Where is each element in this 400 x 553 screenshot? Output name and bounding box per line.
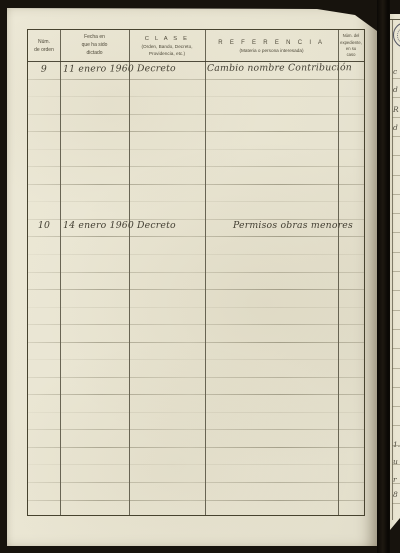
row-line: [28, 359, 364, 360]
column-divider: [205, 30, 206, 515]
row-line: [392, 310, 400, 311]
row-line: [392, 368, 400, 369]
entry-order-number: 9: [28, 64, 60, 75]
header-subtitle: (Orden, Bando, Decreto,: [141, 44, 192, 51]
row-line: [392, 194, 400, 195]
row-line: [28, 482, 364, 483]
row-line: [28, 464, 364, 465]
entry-date: 11 enero 1960: [63, 63, 134, 74]
row-line: [392, 387, 400, 388]
row-line: [28, 272, 364, 273]
row-line: [28, 166, 364, 167]
header-line: Núm.: [38, 38, 50, 46]
book-binding-gutter: [377, 0, 390, 553]
row-line: [392, 271, 400, 272]
row-line: [28, 324, 364, 325]
table-row: 9 11 enero 1960 Decreto Cambio nombre Co…: [28, 62, 364, 83]
row-line: [392, 213, 400, 214]
header-subtitle: Providencia, etc.): [149, 51, 185, 58]
handwriting-fragment: R: [393, 106, 399, 114]
header-line: Fecha en: [84, 34, 105, 42]
scanned-register-document: Núm. de orden Fecha en que ha sido dicta…: [0, 0, 400, 553]
register-page: Núm. de orden Fecha en que ha sido dicta…: [7, 8, 377, 546]
entry-reference: Permisos obras menores: [233, 220, 353, 231]
entry-reference: Cambio nombre Contribución: [207, 62, 352, 74]
column-header-expediente: Núm. del expediente, en su caso: [338, 30, 364, 61]
row-line: [28, 377, 364, 378]
row-line: [28, 254, 364, 255]
column-divider: [129, 30, 130, 515]
row-line: [28, 184, 364, 185]
row-line: [392, 348, 400, 349]
row-line: [392, 175, 400, 176]
row-line: [28, 96, 364, 97]
column-header-fecha: Fecha en que ha sido dictado: [60, 30, 129, 61]
row-line: [28, 201, 364, 202]
row-line: [392, 78, 400, 79]
handwriting-fragment: 8: [393, 491, 398, 499]
row-line: [392, 425, 400, 426]
row-line: [392, 252, 400, 253]
header-line: caso: [347, 52, 356, 58]
row-line: [28, 429, 364, 430]
handwriting-fragment: d: [393, 124, 398, 132]
column-header-clase: C L A S E (Orden, Bando, Decreto, Provid…: [129, 30, 205, 61]
row-line: [392, 136, 400, 137]
row-line: [392, 503, 400, 504]
header-title: C L A S E: [145, 35, 189, 45]
entry-date: 14 enero 1960: [63, 220, 134, 231]
register-table: Núm. de orden Fecha en que ha sido dicta…: [27, 29, 365, 516]
row-line: [392, 232, 400, 233]
column-divider: [60, 30, 61, 515]
row-line: [392, 117, 400, 118]
handwriting-fragment: d: [393, 86, 398, 94]
header-subtitle: (Materia o persona interesada): [239, 48, 303, 55]
row-line: [28, 412, 364, 413]
row-line: [28, 131, 364, 132]
handwriting-fragment: c: [393, 68, 397, 76]
column-header-num: Núm. de orden: [28, 30, 60, 61]
header-line: que ha sido: [82, 42, 108, 50]
row-line: [392, 406, 400, 407]
header-line: de orden: [34, 46, 54, 54]
row-line: [28, 394, 364, 395]
row-line: [392, 155, 400, 156]
entry-class: Decreto: [137, 220, 176, 231]
row-line: [28, 500, 364, 501]
handwriting-fragment: u: [393, 458, 398, 466]
column-header-referencia: R E F E R E N C I A (Materia o persona i…: [205, 30, 338, 61]
row-line: [28, 342, 364, 343]
header-line: dictado: [86, 50, 102, 58]
row-line: [392, 97, 400, 98]
row-line: [28, 447, 364, 448]
header-title: R E F E R E N C I A: [218, 38, 325, 48]
row-line: [392, 329, 400, 330]
handwriting-fragment: 1.: [393, 441, 400, 449]
row-line: [392, 290, 400, 291]
entry-order-number: 10: [28, 220, 60, 231]
table-row: 10 14 enero 1960 Decreto Permisos obras …: [28, 220, 364, 239]
handwriting-fragment: r: [393, 476, 397, 484]
entry-class: Decreto: [137, 63, 176, 74]
adjacent-page-edge: cdRd1.ur8: [390, 14, 400, 530]
row-line: [28, 307, 364, 308]
row-line: [28, 289, 364, 290]
stamp-icon: [393, 22, 400, 48]
column-divider: [338, 30, 339, 515]
row-line: [28, 114, 364, 115]
row-line: [28, 149, 364, 150]
